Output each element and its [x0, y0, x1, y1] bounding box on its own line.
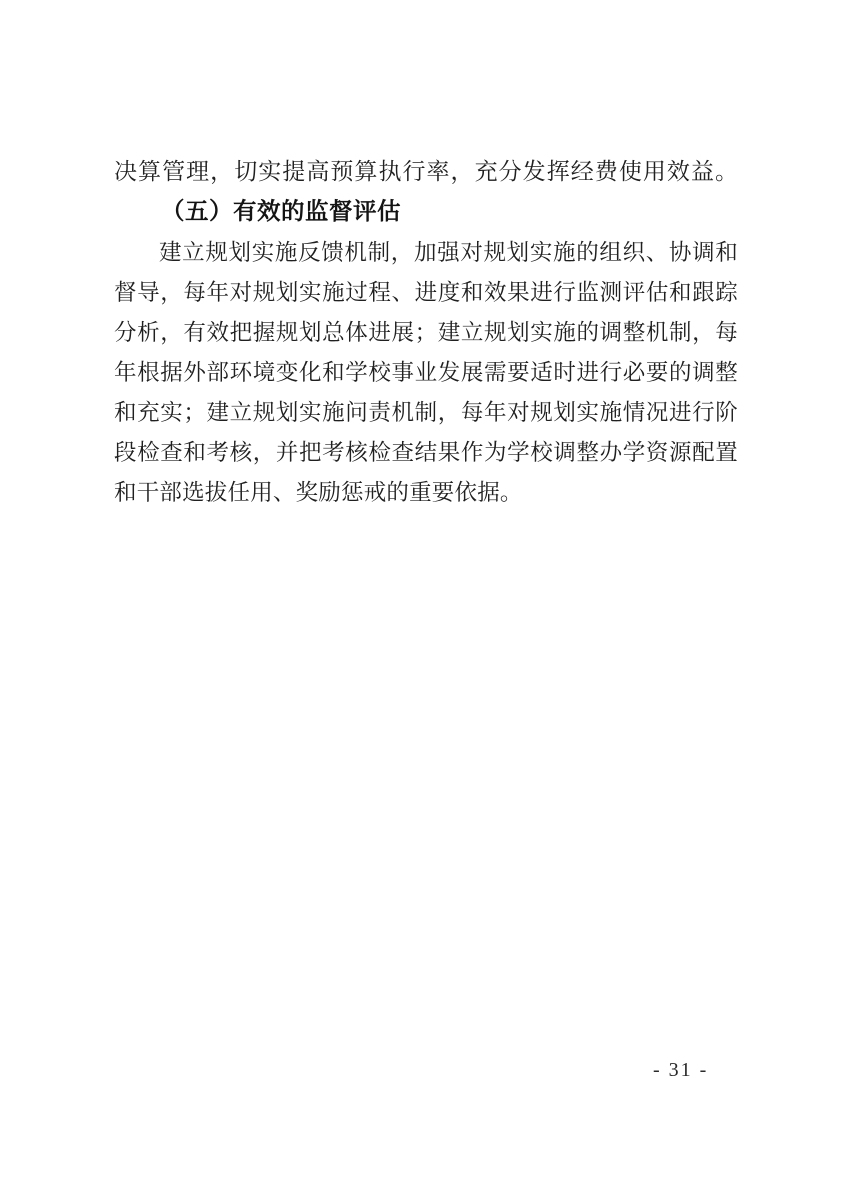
page-number: - 31 -	[653, 1056, 708, 1084]
section-heading: （五）有效的监督评估	[114, 192, 738, 232]
document-page: 决算管理，切实提高预算执行率，充分发挥经费使用效益。 （五）有效的监督评估 建立…	[0, 0, 849, 1200]
carryover-text-line: 决算管理，切实提高预算执行率，充分发挥经费使用效益。	[114, 152, 738, 192]
body-paragraph: 建立规划实施反馈机制，加强对规划实施的组织、协调和督导，每年对规划实施过程、进度…	[114, 233, 738, 513]
